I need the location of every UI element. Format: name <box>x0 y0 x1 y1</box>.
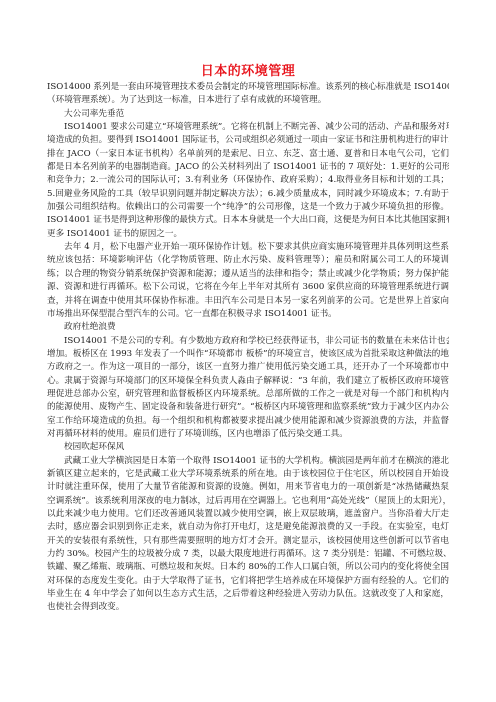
paragraph-line: 开关的安装很有系统性，只有那些需要照明的地方灯才会开。测定显示，该校园使用这些创… <box>47 535 449 548</box>
paragraph-line: 统应该包括：环境影响评估（化学物质管理、防止水污染、废料管理等）；雇员和附属公司… <box>47 254 449 267</box>
paragraph-line: 铁罐、聚乙烯瓶、玻璃瓶、可燃垃圾和灰烬。日本约 80%的工作人口属白领，所以公司… <box>47 561 449 574</box>
paragraph-line: 市场推出环保型混合型汽车的公司。它一直都在积极寻求 ISO14001 证书。 <box>47 308 449 321</box>
paragraph-line: 的能源使用、废物产生、固定设备和装备进行研究”。“板桥区内环境管理和监察系统”致… <box>47 401 449 414</box>
paragraph-line-indented: 去年 4 月，松下电器产业开始一项环保协作计划。松下要求其供应商实施环境管理并具… <box>47 241 449 254</box>
paragraph-line: 毕业生在 4 年中学会了如何以生态方式生活，之后带着这种经验进入劳动力队伍。这就… <box>47 588 449 601</box>
paragraph-line: ISO14001 证书是得到这种形像的最快方式。日本本身就是一个大出口商，这便是… <box>47 214 449 227</box>
paragraph-line: 都是日本名列前茅的电器制造商。JACO 的公关材料列出了 ISO14001 证书… <box>47 161 449 174</box>
paragraph-line-indented: ISO14001 要求公司建立“环境管理系统”。它将在机制上不断完善、减少公司的… <box>47 121 449 134</box>
paragraph-line: 方政府之一。作为这一项目的一部分，该区一直努力推广使用低污染交通工具，还开办了一… <box>47 361 449 374</box>
paragraph-line: 理促进总部办公室，研究管理和监督板桥区内环境系统。总部所做的工作之一就是对每一个… <box>47 388 449 401</box>
paragraph-line-indented: 校园吹起环保风 <box>47 441 449 454</box>
paragraph-line: 练；以合理的物资分销系统保护资源和能源；遵从适当的法律和指令；禁止或减少化学物质… <box>47 268 449 281</box>
paragraph-line-indented: 大公司率先垂范 <box>47 108 449 121</box>
document-body: ISO14000 系列是一套由环境管理技术委员会制定的环境管理国际标准。该系列的… <box>47 81 449 615</box>
paragraph-line: 5.回避业务风险的工具（较早识别问题并制定解决方法）；6.减少质量成本，同时减少… <box>47 188 449 201</box>
paragraph-line: 室工作给环境造成的负担。每一个组织和机构都被要求提出减少使用能源和减少资源浪费的… <box>47 415 449 428</box>
paragraph-line: 新镇区建立起来的，它是武藏工业大学环境系统系的所在地。由于该校园位于住宅区，所以… <box>47 468 449 481</box>
paragraph-line: 心。隶属于资源与环境部门的区环境保全科负责人淼由子解释说：“3 年前，我们建立了… <box>47 375 449 388</box>
paragraph-line: 和竞争力；2.一流公司的国际认可；3.有利业务（环保协作、政府采购）；4.取得业… <box>47 174 449 187</box>
paragraph-line: 以此来减少电力使用。它们还改善通风装置以减少使用空调，嵌上双层玻璃，遮盖窗户。当… <box>47 508 449 521</box>
paragraph-line: 更多 ISO14001 证书的原因之一。 <box>47 228 449 241</box>
paragraph-line-indented: 政府杜绝浪费 <box>47 321 449 334</box>
paragraph-line: 加强公司组织结构。依赖出口的公司需要一个“纯净”的公司形像，这是一个致力于减少环… <box>47 201 449 214</box>
document-page: 日本的环境管理 ISO14000 系列是一套由环境管理技术委员会制定的环境管理国… <box>0 0 496 702</box>
paragraph-line: 空调系统”。该系统利用深夜的电力制冰，过后再用在空调器上。它也利用“高处光线”（… <box>47 495 449 508</box>
document-title: 日本的环境管理 <box>0 64 496 80</box>
paragraph-line: （环境管理系统）。为了达到这一标准，日本进行了卓有成就的环境管理。 <box>47 94 449 107</box>
paragraph-line-indented: 武藏工业大学横滨园是日本第一个取得 ISO14001 证书的大学机构。横滨园是两… <box>47 455 449 468</box>
paragraph-line: 计时就注重环保，使用了大量节省能源和资源的设施。例如，用来节省电力的一项创新是“… <box>47 481 449 494</box>
paragraph-line: 查，并将在调查中使用其环保协作标准。丰田汽车公司是日本另一家名列前茅的公司。它是… <box>47 295 449 308</box>
paragraph-line: 对环保的态度发生变化。由于大学取得了证书，它们将把学生培养成在环境保护方面有经验… <box>47 575 449 588</box>
paragraph-line-indented: ISO14001 不是公司的专利。有少数地方政府和学校已经获得证书，非公司证书的… <box>47 335 449 348</box>
paragraph-line: 力约 30%。校园产生的垃圾被分成 7 类，以最大限度地进行再循环。这 7 类分… <box>47 548 449 561</box>
paragraph-line: ISO14000 系列是一套由环境管理技术委员会制定的环境管理国际标准。该系列的… <box>47 81 449 94</box>
paragraph-line: 也使社会得到改变。 <box>47 601 449 614</box>
paragraph-line: 源、资源和进行再循环。松下公司说，它将在今年上半年对其所有 3600 家供应商的… <box>47 281 449 294</box>
paragraph-line: 境造成的负担。要得到 ISO14001 国际证书，公司或组织必须通过一项由一家证… <box>47 134 449 147</box>
paragraph-line: 增加。板桥区在 1993 年发表了一个叫作“环境都市 板桥”的环境宣言，使该区成… <box>47 348 449 361</box>
paragraph-line: 排在 JACO（一家日本证书机构）名单前列的是索尼、日立、东芝、富士通、夏普和日… <box>47 148 449 161</box>
paragraph-line: 去时，感应器会识别到你正走来，就自动为你打开电灯，这是避免能源浪费的又一手段。在… <box>47 521 449 534</box>
paragraph-line: 对再循环材料的使用。雇员们进行了环境训练，区内也增添了低污染交通工具。 <box>47 428 449 441</box>
